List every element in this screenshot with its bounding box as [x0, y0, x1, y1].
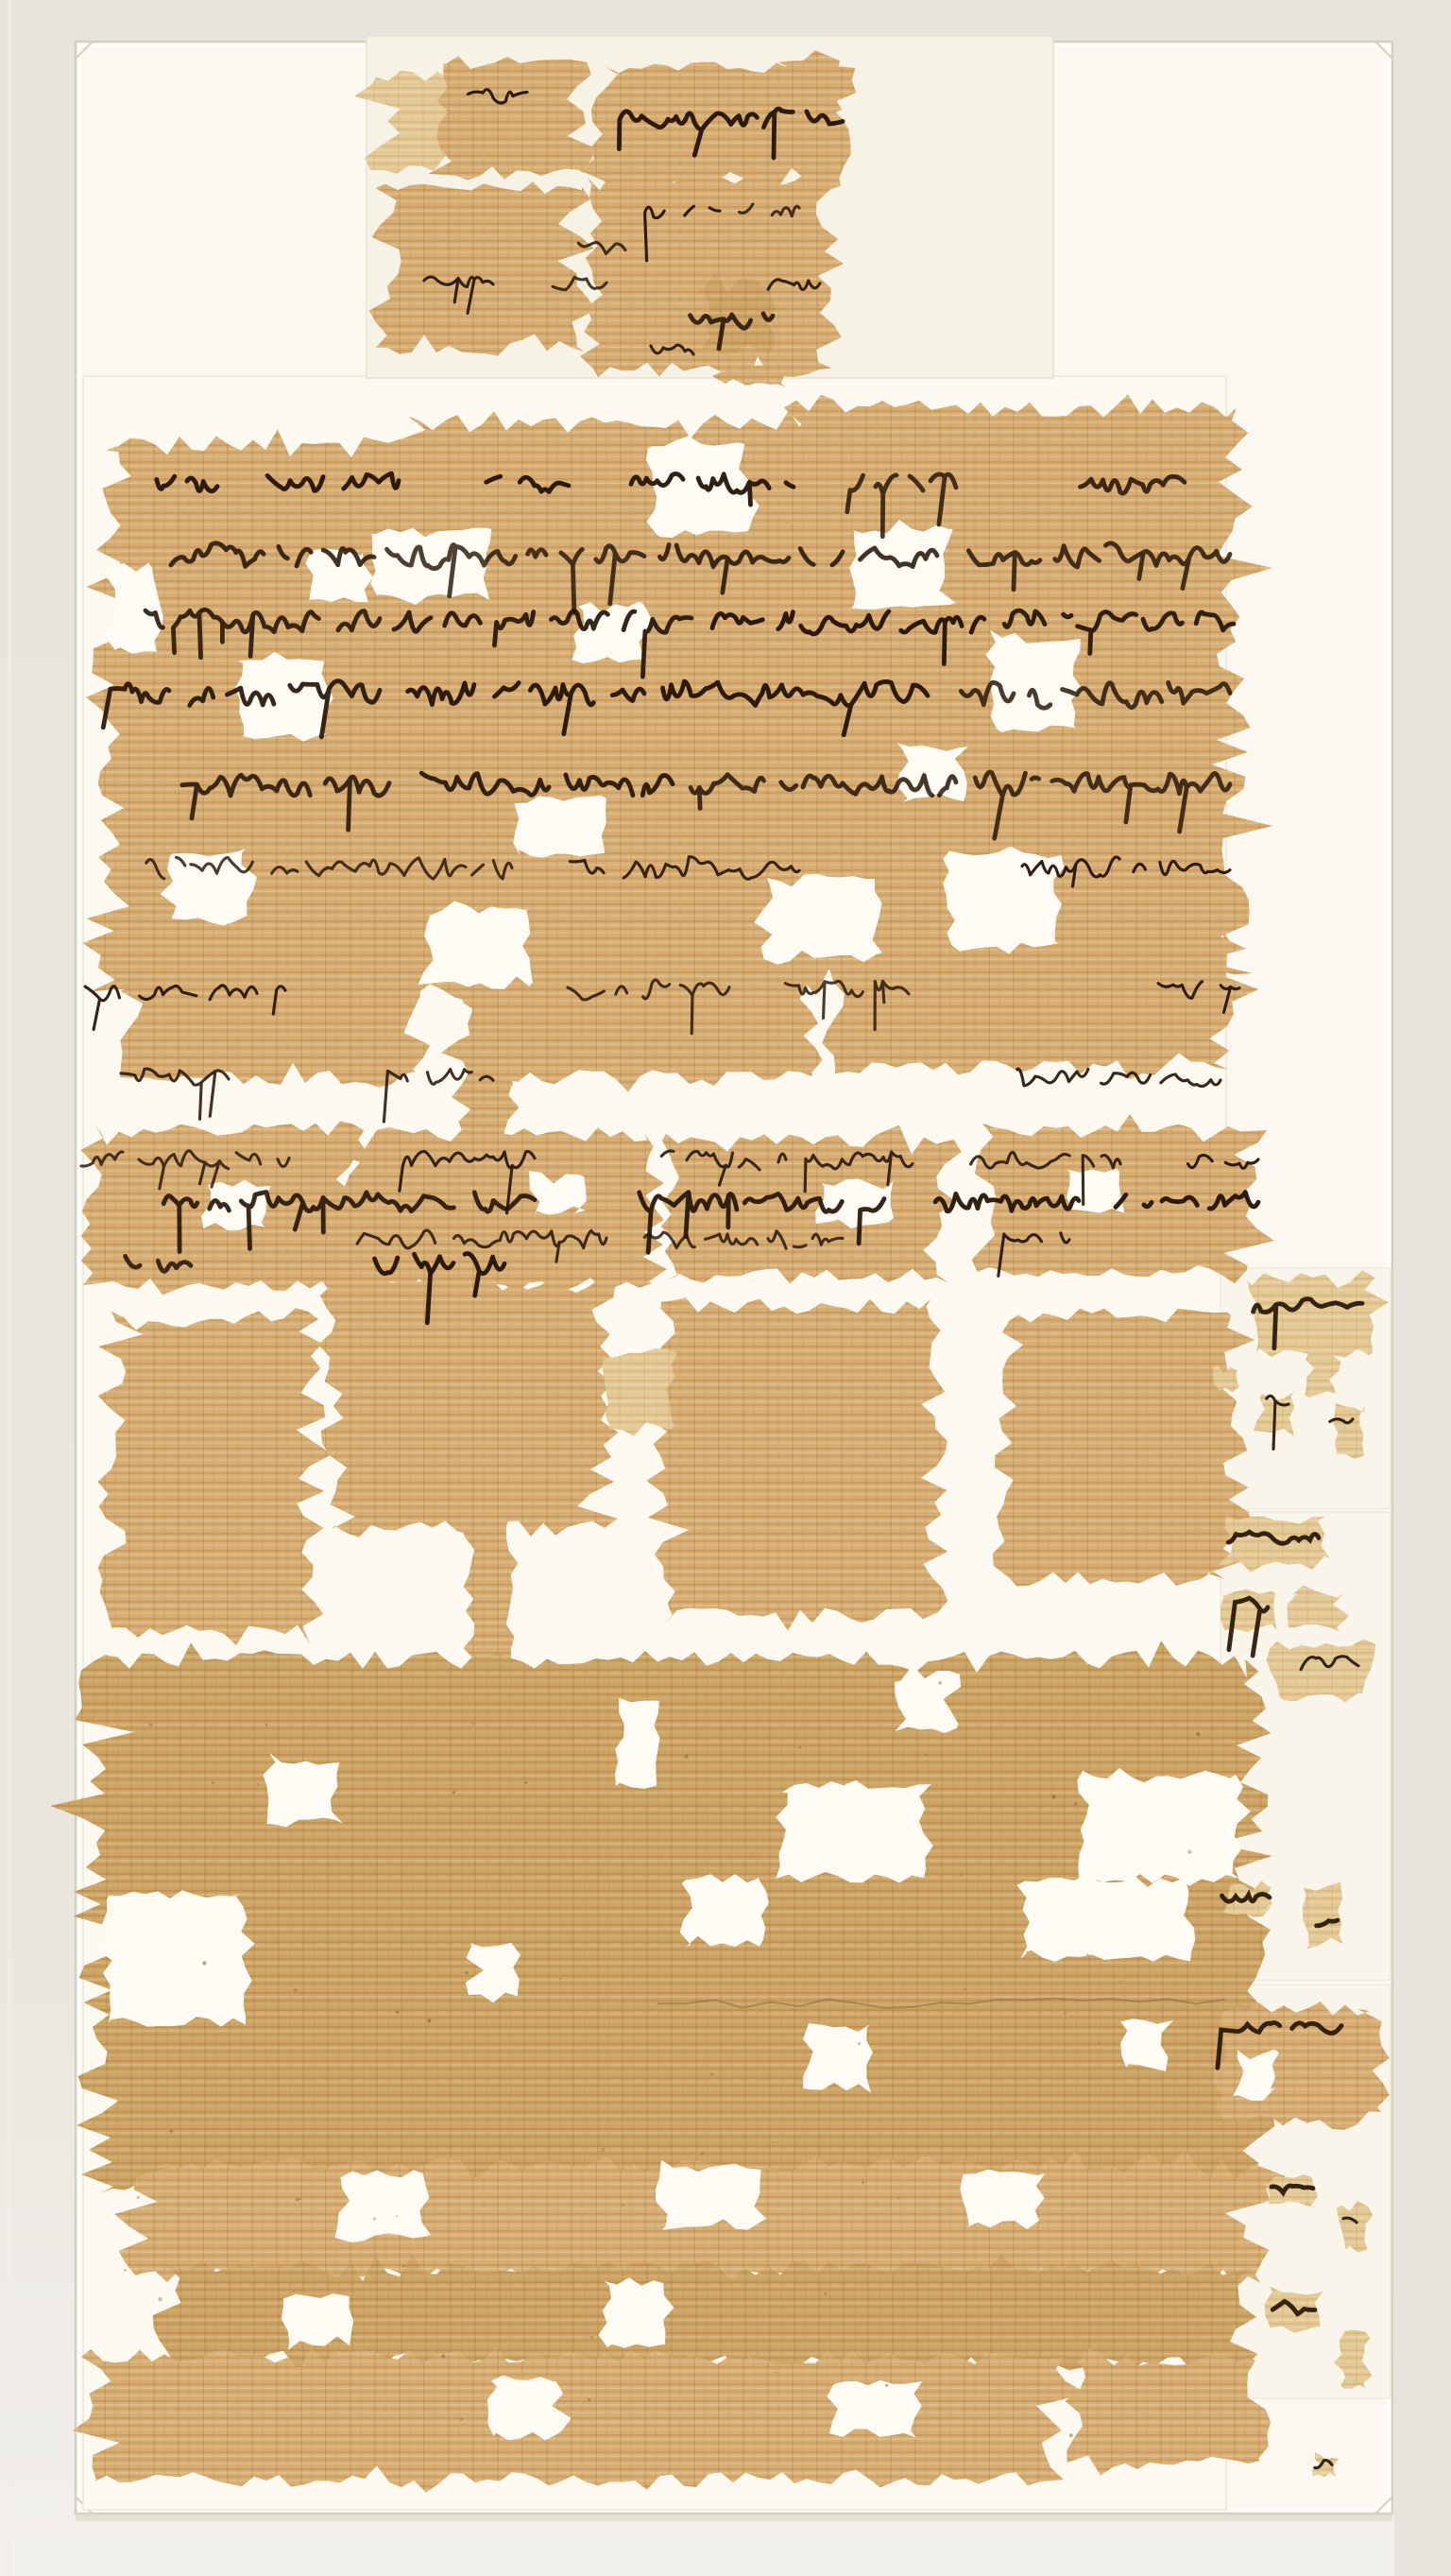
speck: [149, 1723, 153, 1726]
lacuna-hole: [572, 602, 651, 663]
speck: [1086, 1953, 1088, 1955]
lacuna-hole: [943, 847, 1064, 954]
lacuna-hole: [418, 902, 533, 989]
papyrus-fragment: [73, 2346, 1087, 2493]
speck: [897, 2197, 899, 2199]
papyrus-fragment: [993, 1309, 1255, 1587]
papyrus-fragment: [602, 1348, 677, 1436]
speck: [858, 2042, 861, 2045]
speck: [465, 1971, 469, 1975]
speck: [559, 1978, 561, 1980]
speck: [1074, 1802, 1078, 1806]
papyrus-artwork: Fragmentary papyrus manuscript with curs…: [0, 0, 1451, 2576]
background-right-strip: [1394, 0, 1451, 2576]
lacuna-hole: [335, 2170, 432, 2242]
speck: [299, 2198, 301, 2200]
speck: [885, 2384, 888, 2387]
speck: [1196, 1732, 1200, 1736]
mat-bottom-shadow: [76, 2514, 1392, 2521]
lacuna-hole: [960, 2170, 1045, 2229]
speck: [396, 2011, 399, 2014]
lacuna-hole: [656, 2160, 766, 2230]
lacuna-hole: [1016, 1876, 1195, 1963]
lacuna-hole: [754, 874, 882, 965]
papyrus-fragment: [1213, 2001, 1389, 2130]
speck: [169, 2129, 173, 2133]
speck: [441, 2354, 445, 2358]
speck: [460, 2418, 463, 2421]
speck: [396, 2216, 398, 2218]
speck: [685, 1755, 689, 1759]
lacuna-hole: [598, 2277, 674, 2348]
lacuna-hole: [513, 796, 606, 858]
papyrus-fragment: [369, 181, 596, 355]
speck: [471, 2289, 473, 2291]
lacuna-hole: [827, 2380, 922, 2438]
lacuna-hole: [776, 1780, 933, 1883]
speck: [265, 1724, 268, 1726]
papyrus-fragment: [1333, 1403, 1365, 1459]
speck: [590, 2336, 593, 2339]
lacuna-hole: [264, 1753, 344, 1828]
speck: [212, 1781, 214, 1784]
speck: [776, 2372, 777, 2374]
papyrus-fragment: [120, 940, 430, 1088]
lacuna-hole: [1077, 1768, 1251, 1886]
speck: [1119, 1981, 1121, 1983]
papyrus-fragment: [97, 1308, 332, 1645]
speck: [1026, 1950, 1029, 1953]
speck: [622, 2205, 623, 2207]
speck: [1064, 2012, 1067, 2015]
speck: [602, 2148, 606, 2152]
speck: [961, 1874, 963, 1876]
speck: [452, 1791, 455, 1794]
papyrus-fragment: [428, 56, 596, 180]
papyrus-fragment: [325, 1124, 667, 1300]
speck: [137, 2196, 140, 2199]
lacuna-hole: [97, 1890, 255, 2027]
speck: [710, 2073, 714, 2077]
speck: [665, 2221, 667, 2223]
speck: [825, 2293, 828, 2295]
speck: [373, 2217, 377, 2221]
speck: [240, 2273, 242, 2275]
papyrus-fragment: [1066, 2348, 1271, 2476]
papyrus-fragment: [640, 1297, 947, 1630]
speck: [193, 2121, 195, 2122]
speck: [751, 1853, 753, 1855]
speck: [588, 2398, 590, 2401]
speck: [799, 1746, 802, 1749]
speck: [964, 1988, 965, 1990]
speck: [402, 2265, 404, 2267]
speck: [428, 2018, 432, 2022]
papyrus-fragment: [318, 1272, 619, 1537]
speck: [1052, 1795, 1056, 1799]
speck: [862, 2181, 864, 2184]
lacuna-hole: [803, 2023, 873, 2093]
lacuna-hole: [680, 1874, 769, 1947]
speck: [124, 2269, 127, 2272]
papyrus-fragment: [1267, 1640, 1376, 1703]
speck: [524, 1781, 527, 1784]
speck: [1187, 1850, 1191, 1854]
speck: [293, 2291, 295, 2293]
manuscript-photo: Fragmentary papyrus manuscript with curs…: [0, 0, 1451, 2576]
speck: [256, 1783, 259, 1786]
speck: [296, 2198, 299, 2201]
speck: [938, 1681, 942, 1685]
speck: [294, 1988, 298, 1992]
speck: [158, 2297, 162, 2301]
lacuna-hole: [615, 1698, 660, 1789]
speck: [773, 2142, 775, 2144]
speck: [701, 2152, 705, 2155]
speck: [1098, 2041, 1101, 2044]
speck: [472, 1723, 475, 1726]
speck: [202, 1961, 206, 1965]
speck: [337, 2027, 339, 2029]
speck: [1069, 2433, 1073, 2437]
speck: [925, 1754, 927, 1756]
lacuna-hole: [985, 630, 1082, 732]
